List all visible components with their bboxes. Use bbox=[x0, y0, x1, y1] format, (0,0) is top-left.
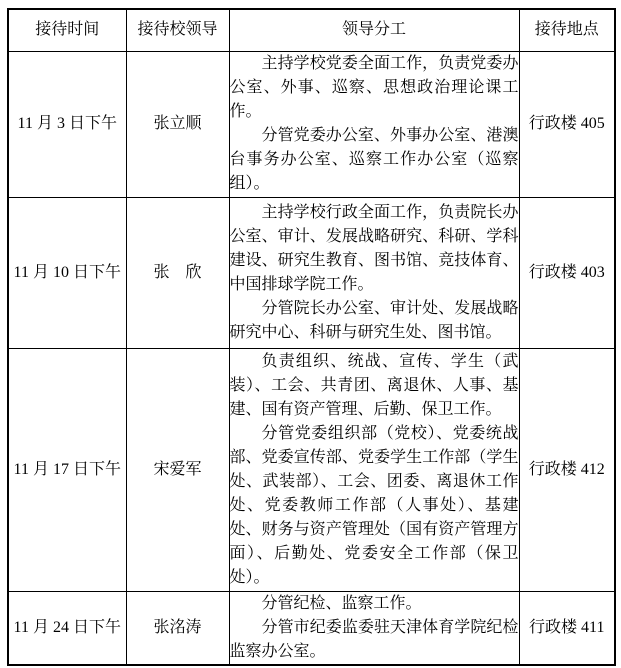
table-row: 11 月 10 日下午 张 欣 主持学校行政全面工作，负责院长办公室、审计、发展… bbox=[8, 197, 615, 348]
cell-duties: 负责组织、统战、宣传、学生（武装）、工会、共青团、离退休、人事、基建、国有资产管… bbox=[229, 348, 519, 591]
header-cell-duties: 领导分工 bbox=[229, 9, 519, 51]
cell-location: 行政楼 412 bbox=[519, 348, 615, 591]
cell-location: 行政楼 411 bbox=[519, 591, 615, 665]
duty-paragraph: 分管纪检、监察工作。 bbox=[230, 592, 519, 616]
cell-time: 11 月 10 日下午 bbox=[8, 197, 126, 348]
header-cell-leader: 接待校领导 bbox=[126, 9, 229, 51]
cell-duties: 主持学校行政全面工作，负责院长办公室、审计、发展战略研究、科研、学科建设、研究生… bbox=[229, 197, 519, 348]
cell-duties: 主持学校党委全面工作，负责党委办公室、外事、巡察、思想政治理论课工作。 分管党委… bbox=[229, 51, 519, 197]
duty-paragraph: 分管市纪委监委驻天津体育学院纪检监察办公室。 bbox=[230, 616, 519, 664]
duty-paragraph: 分管院长办公室、审计处、发展战略研究中心、科研与研究生处、图书馆。 bbox=[230, 297, 519, 345]
cell-leader: 张立顺 bbox=[126, 51, 229, 197]
duty-paragraph: 负责组织、统战、宣传、学生（武装）、工会、共青团、离退休、人事、基建、国有资产管… bbox=[230, 350, 519, 422]
table-row: 11 月 24 日下午 张洺涛 分管纪检、监察工作。 分管市纪委监委驻天津体育学… bbox=[8, 591, 615, 665]
cell-leader: 张洺涛 bbox=[126, 591, 229, 665]
cell-duties: 分管纪检、监察工作。 分管市纪委监委驻天津体育学院纪检监察办公室。 bbox=[229, 591, 519, 665]
duty-paragraph: 主持学校行政全面工作，负责院长办公室、审计、发展战略研究、科研、学科建设、研究生… bbox=[230, 201, 519, 297]
cell-time: 11 月 3 日下午 bbox=[8, 51, 126, 197]
header-cell-time: 接待时间 bbox=[8, 9, 126, 51]
cell-location: 行政楼 405 bbox=[519, 51, 615, 197]
duty-paragraph: 分管党委组织部（党校）、党委统战部、党委宣传部、党委学生工作部（学生处、武装部）… bbox=[230, 422, 519, 590]
document-page: 接待时间 接待校领导 领导分工 接待地点 11 月 3 日下午 张立顺 主持学校… bbox=[0, 0, 621, 668]
cell-leader: 张 欣 bbox=[126, 197, 229, 348]
table-header-row: 接待时间 接待校领导 领导分工 接待地点 bbox=[8, 9, 615, 51]
cell-location: 行政楼 403 bbox=[519, 197, 615, 348]
table-row: 11 月 3 日下午 张立顺 主持学校党委全面工作，负责党委办公室、外事、巡察、… bbox=[8, 51, 615, 197]
duty-paragraph: 主持学校党委全面工作，负责党委办公室、外事、巡察、思想政治理论课工作。 bbox=[230, 52, 519, 124]
reception-schedule-table: 接待时间 接待校领导 领导分工 接待地点 11 月 3 日下午 张立顺 主持学校… bbox=[7, 8, 616, 666]
header-cell-location: 接待地点 bbox=[519, 9, 615, 51]
table-row: 11 月 17 日下午 宋爱军 负责组织、统战、宣传、学生（武装）、工会、共青团… bbox=[8, 348, 615, 591]
cell-time: 11 月 24 日下午 bbox=[8, 591, 126, 665]
cell-leader: 宋爱军 bbox=[126, 348, 229, 591]
cell-time: 11 月 17 日下午 bbox=[8, 348, 126, 591]
duty-paragraph: 分管党委办公室、外事办公室、港澳台事务办公室、巡察工作办公室（巡察组）。 bbox=[230, 124, 519, 196]
